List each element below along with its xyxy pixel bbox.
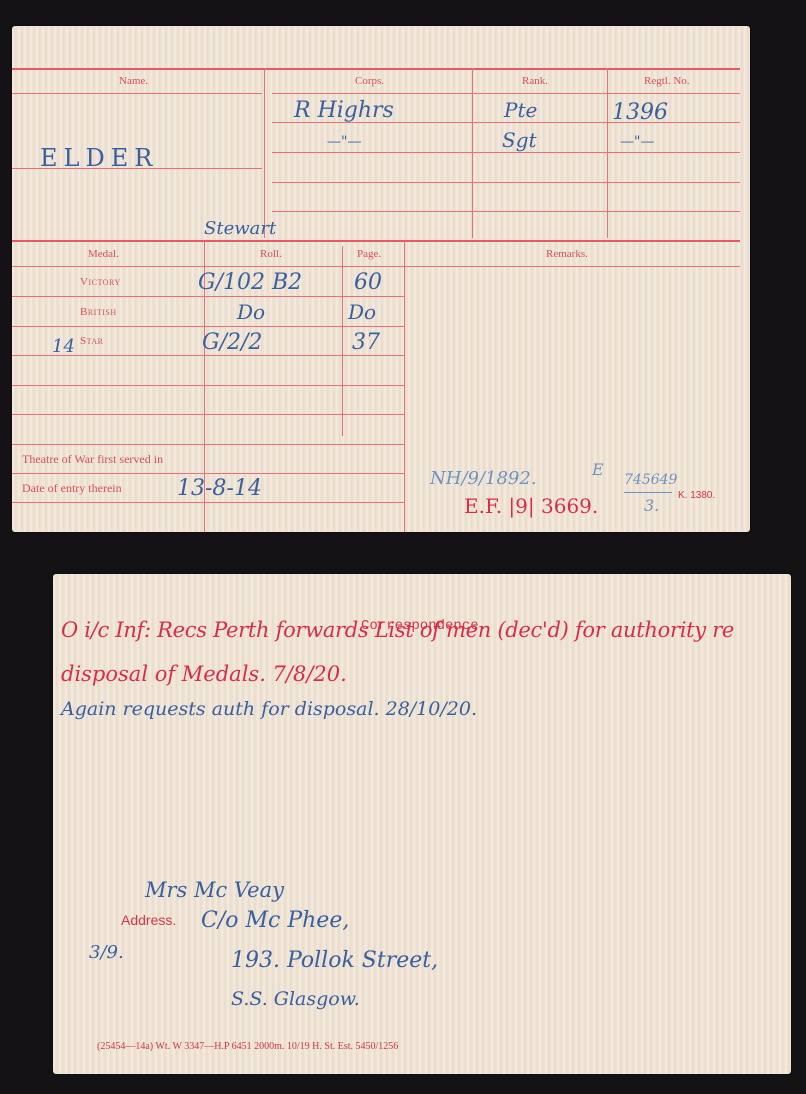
rule [12,473,404,474]
rule [272,182,740,183]
form-code: K. 1380. [678,490,715,501]
correspondence-entry-3: Again requests auth for disposal. 28/10/… [61,698,477,720]
address-line-4: S.S. Glasgow. [231,988,360,1010]
corps-header: Corps. [355,75,384,87]
address-line-2: C/o Mc Phee, [201,908,349,933]
medal-index-card-back: Correspondence. O i/c Inf: Recs Perth fo… [53,574,791,1074]
address-line-1: Mrs Mc Veay [145,878,284,902]
regtl-no-value: 1396 [612,100,668,125]
rule [12,385,404,386]
rank-value-1: Pte [504,98,537,122]
regtl-no-header: Regtl. No. [644,75,690,87]
corps-value: R Highrs [294,98,394,123]
rule [12,240,740,242]
medal-star-page: 37 [352,330,380,355]
medal-index-card-front: Name. Corps. Rank. Regtl. No. Medal. Rol… [12,26,750,532]
rule [12,444,404,445]
rank-value-2: Sgt [502,128,537,152]
name-header: Name. [119,75,148,87]
medal-header: Medal. [88,248,119,260]
rule [272,152,740,153]
medal-star-label: Star [80,335,103,347]
roll-header: Roll. [260,248,282,260]
page-header: Page. [357,248,381,260]
date-label: Date of entry therein [22,481,122,496]
address-label: Address. [121,912,176,928]
rule [12,502,404,503]
regtl-no-ditto: —"— [620,134,654,150]
rule [272,211,740,212]
rule [12,266,740,267]
remarks-red-ref: E.F. |9| 3669. [464,494,598,518]
medal-star-roll: G/2/2 [202,330,262,355]
correspondence-entry-2: disposal of Medals. 7/8/20. [61,662,347,686]
rule [342,246,343,436]
medal-victory-roll: G/102 B2 [198,270,302,295]
rank-header: Rank. [522,75,548,87]
theatre-label: Theatre of War first served in [22,452,163,467]
corps-ditto: —"— [327,134,361,150]
rule [12,68,740,70]
address-line-3: 193. Pollok Street, [231,948,438,973]
medal-victory-page: 60 [354,270,382,295]
rule [264,68,265,238]
remarks-fraction-mid: 745649 [624,472,677,488]
correspondence-entry-1: O i/c Inf: Recs Perth forwards List of m… [61,618,734,642]
medal-british-page: Do [348,300,376,324]
medal-star-prefix: 14 [52,336,75,357]
fraction-bar [624,492,672,493]
forename: Stewart [204,218,276,239]
surname: ELDER [40,144,158,172]
medal-british-roll: Do [237,300,265,324]
rule [404,242,405,532]
remarks-fraction-top: E [592,460,604,479]
medal-british-label: British [80,306,117,318]
rule [12,326,404,327]
medal-victory-label: Victory [80,276,121,288]
remarks-fraction-bottom: 3. [644,496,659,515]
side-note: 3/9. [89,942,124,963]
rule [12,296,404,297]
remarks-header: Remarks. [546,248,588,260]
print-line: (25454—14a) Wt. W 3347—H.P 6451 2000m. 1… [97,1041,398,1052]
date-value: 13-8-14 [177,476,262,501]
rule [272,93,740,94]
rule [12,414,404,415]
rule [12,93,262,94]
remarks-blue-ref: NH/9/1892. [430,468,537,489]
